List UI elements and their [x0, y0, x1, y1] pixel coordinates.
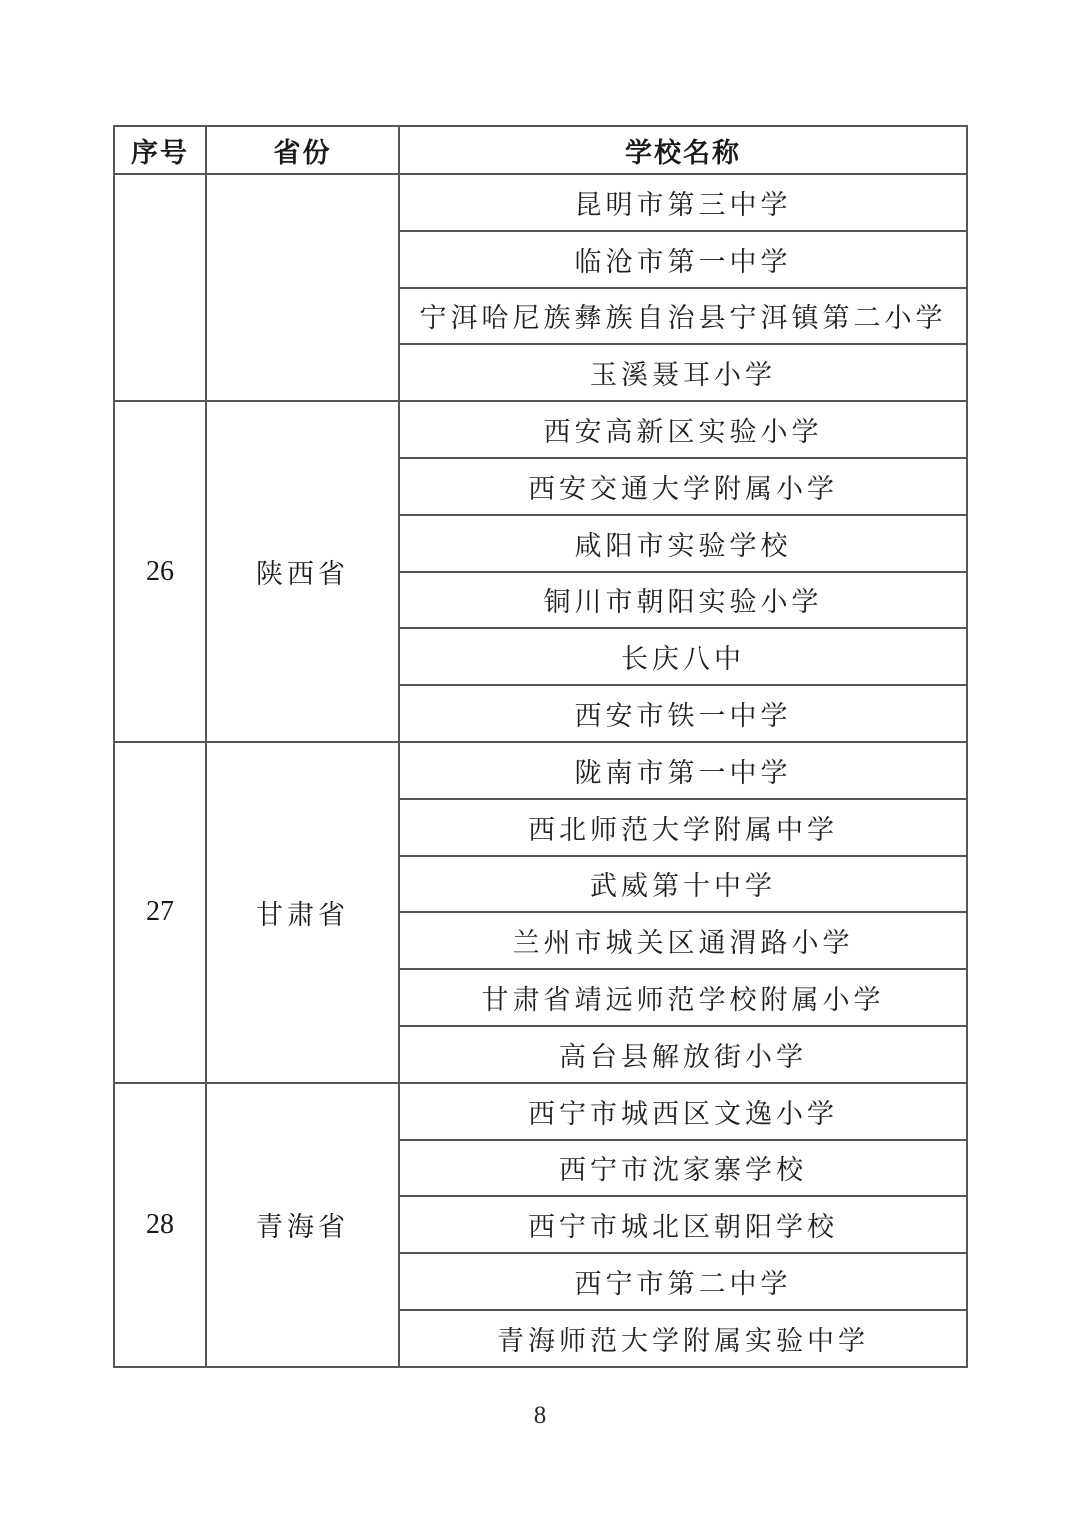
row-index: 27: [114, 742, 206, 1083]
row-province: 陕西省: [206, 401, 399, 742]
row-index: [114, 174, 206, 401]
row-province: 青海省: [206, 1083, 399, 1367]
school-name: 西宁市城西区文逸小学: [399, 1083, 967, 1140]
school-name: 甘肃省靖远师范学校附属小学: [399, 969, 967, 1026]
table-body: 昆明市第三中学临沧市第一中学宁洱哈尼族彝族自治县宁洱镇第二小学玉溪聂耳小学26陕…: [114, 174, 967, 1367]
school-name: 西宁市沈家寨学校: [399, 1140, 967, 1197]
school-table: 序号 省份 学校名称 昆明市第三中学临沧市第一中学宁洱哈尼族彝族自治县宁洱镇第二…: [113, 125, 968, 1368]
school-name: 西北师范大学附属中学: [399, 799, 967, 856]
table-row: 28青海省西宁市城西区文逸小学: [114, 1083, 967, 1140]
school-name: 铜川市朝阳实验小学: [399, 572, 967, 629]
school-name: 青海师范大学附属实验中学: [399, 1310, 967, 1367]
school-name: 武威第十中学: [399, 856, 967, 913]
school-name: 咸阳市实验学校: [399, 515, 967, 572]
page-number: 8: [0, 1402, 1080, 1430]
col-header-school: 学校名称: [399, 126, 967, 174]
col-header-index: 序号: [114, 126, 206, 174]
school-name: 兰州市城关区通渭路小学: [399, 912, 967, 969]
table-row: 27甘肃省陇南市第一中学: [114, 742, 967, 799]
col-header-province: 省份: [206, 126, 399, 174]
table-row: 26陕西省西安高新区实验小学: [114, 401, 967, 458]
document-page: 序号 省份 学校名称 昆明市第三中学临沧市第一中学宁洱哈尼族彝族自治县宁洱镇第二…: [0, 0, 1080, 1527]
school-name: 长庆八中: [399, 628, 967, 685]
row-index: 28: [114, 1083, 206, 1367]
school-name: 玉溪聂耳小学: [399, 344, 967, 401]
school-name: 西安高新区实验小学: [399, 401, 967, 458]
table-header: 序号 省份 学校名称: [114, 126, 967, 174]
school-name: 西安市铁一中学: [399, 685, 967, 742]
school-name: 西宁市城北区朝阳学校: [399, 1196, 967, 1253]
school-name: 西安交通大学附属小学: [399, 458, 967, 515]
row-index: 26: [114, 401, 206, 742]
school-name: 高台县解放街小学: [399, 1026, 967, 1083]
school-name: 西宁市第二中学: [399, 1253, 967, 1310]
school-name: 陇南市第一中学: [399, 742, 967, 799]
row-province: [206, 174, 399, 401]
table-row: 昆明市第三中学: [114, 174, 967, 231]
school-name: 临沧市第一中学: [399, 231, 967, 288]
school-name: 宁洱哈尼族彝族自治县宁洱镇第二小学: [399, 288, 967, 345]
school-name: 昆明市第三中学: [399, 174, 967, 231]
header-row: 序号 省份 学校名称: [114, 126, 967, 174]
row-province: 甘肃省: [206, 742, 399, 1083]
